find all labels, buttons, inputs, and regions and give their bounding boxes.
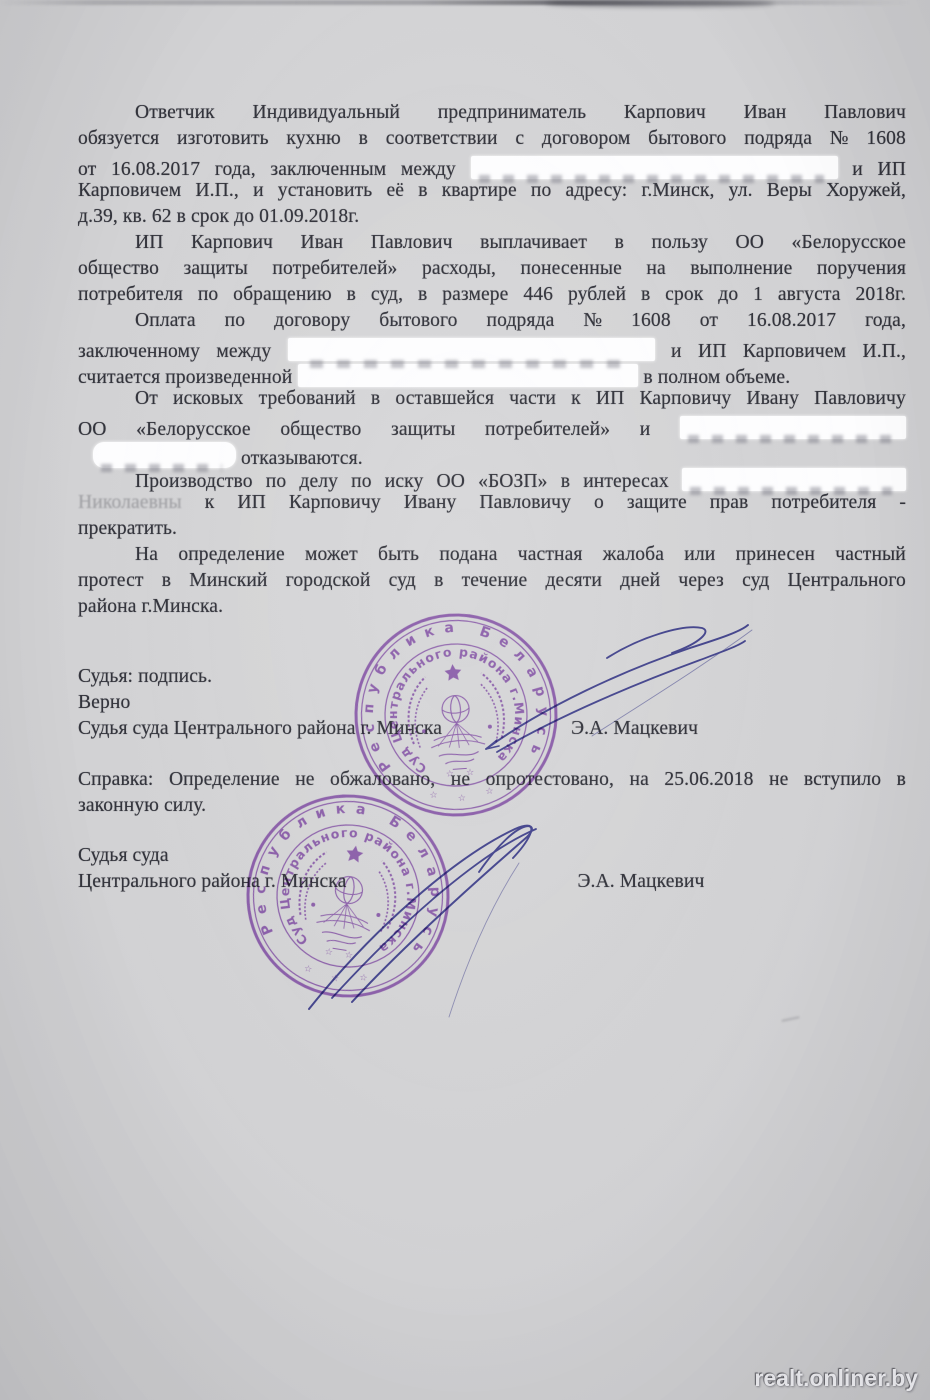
site-watermark: realt.onliner.by xyxy=(754,1365,918,1392)
judge-signature-lower xyxy=(309,826,536,1017)
judge-signature-upper xyxy=(486,625,752,752)
signature-ink xyxy=(0,0,930,1400)
